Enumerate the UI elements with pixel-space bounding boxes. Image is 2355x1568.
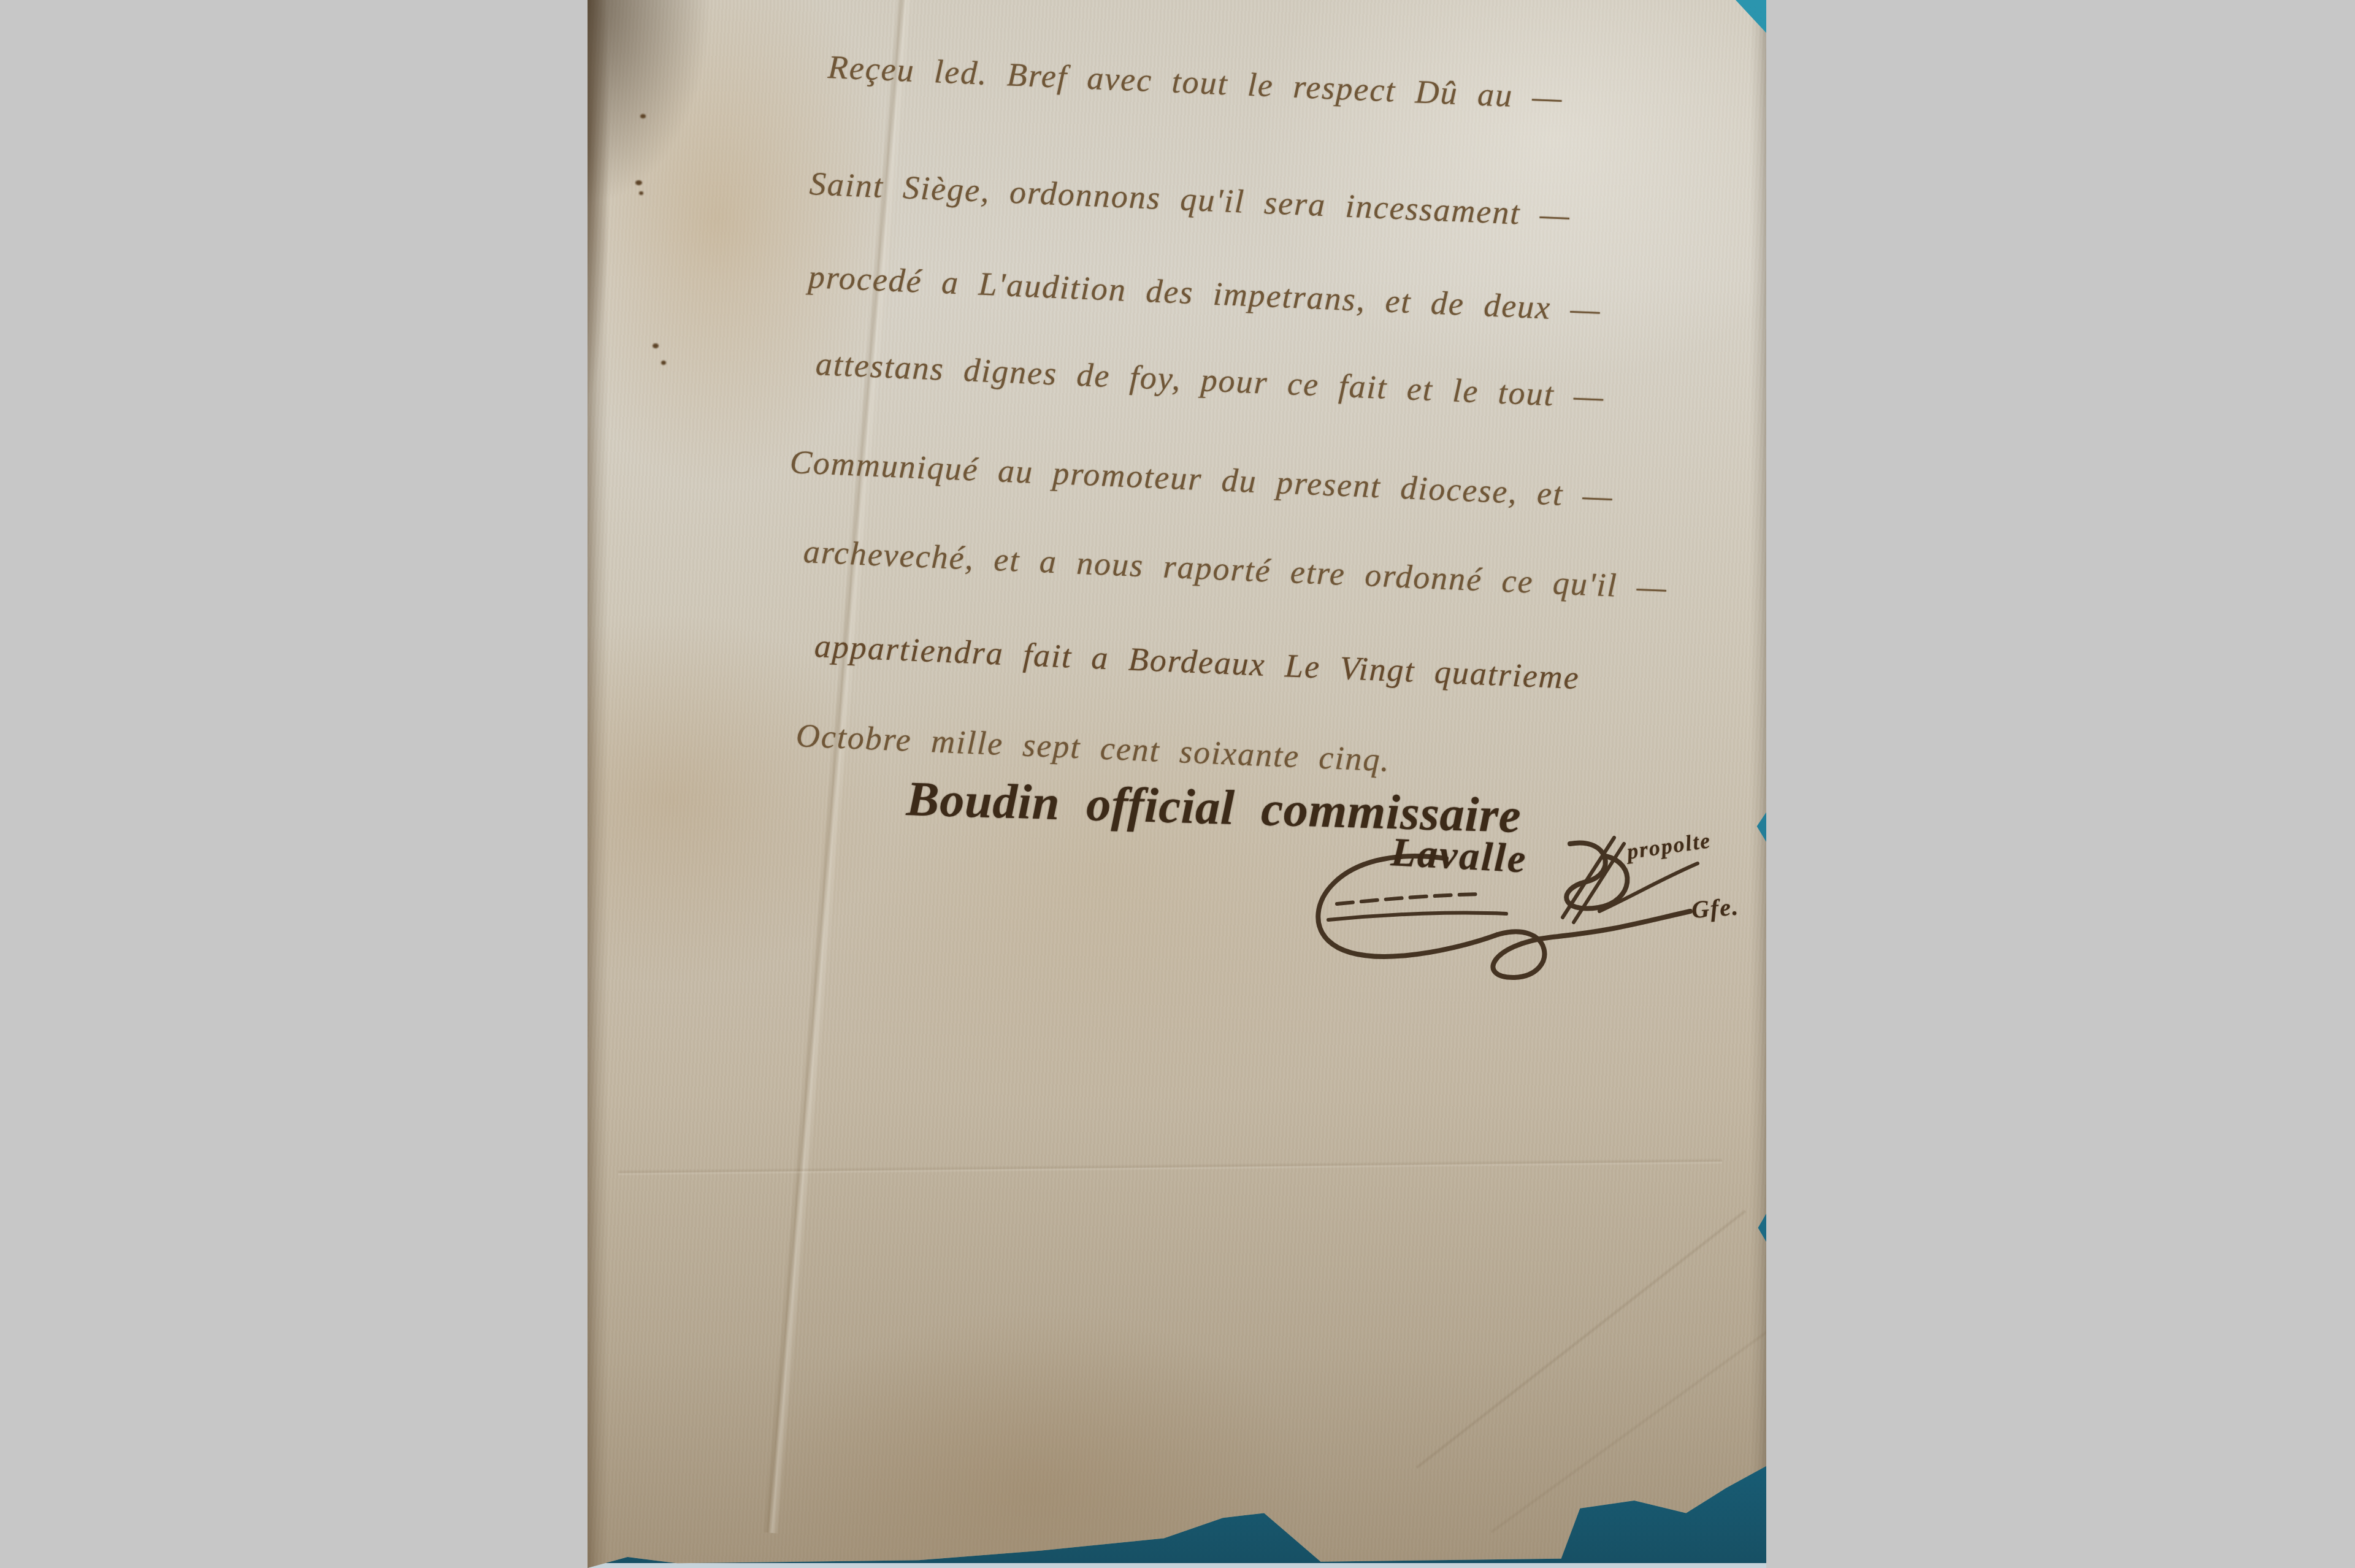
manuscript-line-3: procedé a L'audition des impetrans, et d…	[808, 258, 1602, 329]
ink-speck	[640, 114, 646, 118]
vertical-fold-crease	[762, 0, 913, 1534]
diagonal-crease	[1415, 1209, 1747, 1470]
manuscript-line-2: Saint Siège, ordonnons qu'il sera incess…	[809, 164, 1571, 234]
manuscript-line-6: archeveché, et a nous raporté etre ordon…	[803, 532, 1669, 606]
letterbox-right	[1766, 0, 2355, 1568]
manuscript-line-7: appartiendra fait a Bordeaux Le Vingt qu…	[814, 627, 1580, 697]
diagonal-crease	[1490, 1328, 1771, 1534]
manuscript-line-4: attestans dignes de foy, pour ce fait et…	[815, 345, 1606, 416]
manuscript-line-8: Octobre mille sept cent soixante cinq.	[795, 716, 1392, 779]
ink-speck	[661, 361, 666, 365]
manuscript-line-1: Reçeu led. Bref avec tout le respect Dû …	[827, 48, 1564, 117]
manuscript-line-5: Communiqué au promoteur du present dioce…	[789, 443, 1614, 515]
letterbox-left	[0, 0, 588, 1568]
signature-name: Lavalle	[1390, 829, 1528, 883]
horizontal-fold-crease	[618, 1158, 1722, 1176]
teal-backdrop: Reçeu led. Bref avec tout le respect Dû …	[588, 0, 1766, 1568]
ink-speck	[635, 180, 642, 185]
ink-speck	[639, 191, 643, 195]
photo-of-manuscript: Reçeu led. Bref avec tout le respect Dû …	[0, 0, 2355, 1568]
signature-annotation-bottom: Gfe.	[1690, 892, 1740, 924]
manuscript-page: Reçeu led. Bref avec tout le respect Dû …	[588, 0, 1766, 1568]
ink-speck	[653, 343, 659, 348]
table-edge-strip	[588, 1563, 1766, 1568]
